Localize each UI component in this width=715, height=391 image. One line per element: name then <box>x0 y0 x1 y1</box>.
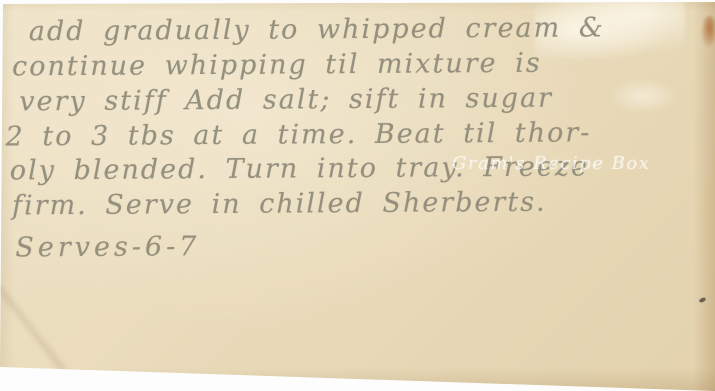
handwriting-line-6: firm. Serve in chilled Sherberts. <box>12 187 547 222</box>
recipe-card: add gradually to whipped cream & continu… <box>0 0 715 391</box>
handwriting-line-2: continue whipping til mixture is <box>12 48 542 83</box>
handwritten-text: add gradually to whipped cream & continu… <box>0 0 715 391</box>
handwriting-line-7: Serves-6-7 <box>15 231 200 263</box>
handwriting-line-4: 2 to 3 tbs at a time. Beat til thor- <box>5 117 591 152</box>
handwriting-line-3: very stiff Add salt; sift in sugar <box>19 83 553 118</box>
scanned-recipe-card-photo: add gradually to whipped cream & continu… <box>0 0 715 391</box>
watermark-text: Gram's Recipe Box <box>452 153 650 174</box>
handwriting-line-1: add gradually to whipped cream & <box>29 12 605 47</box>
